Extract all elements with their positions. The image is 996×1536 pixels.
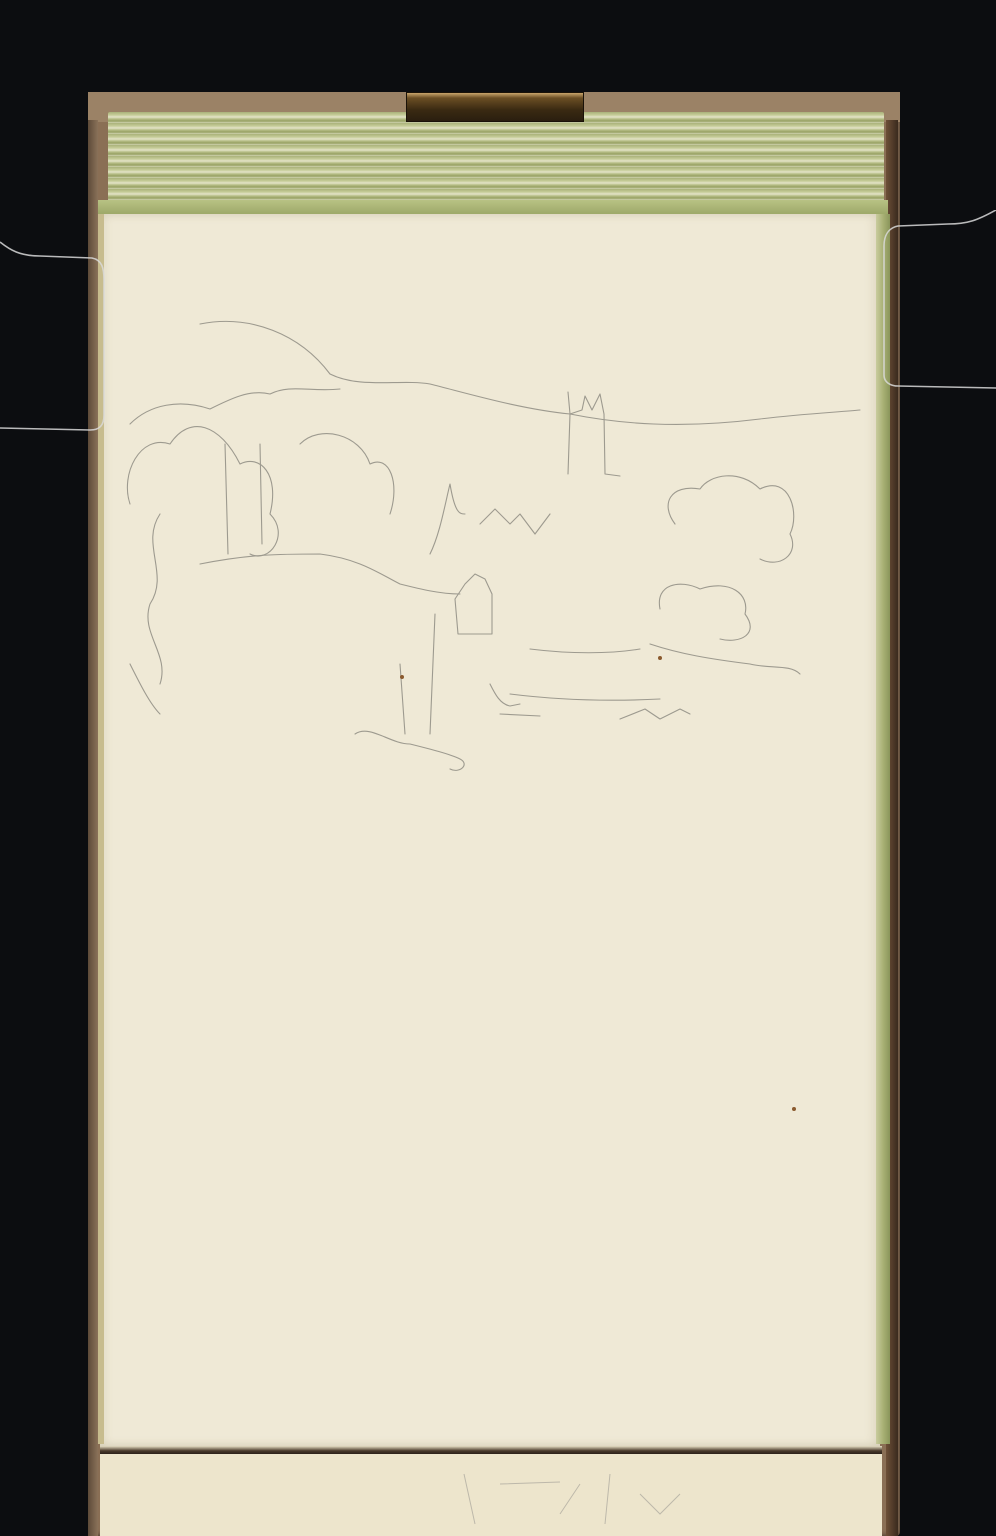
page-gutter	[100, 1446, 882, 1454]
right-wire-clip	[878, 210, 996, 400]
foxing-spot	[792, 1107, 796, 1111]
foxing-spot	[658, 656, 662, 660]
facing-page-sketch	[100, 1454, 882, 1536]
brass-clasp	[406, 92, 584, 122]
page-edges-stack	[108, 112, 884, 212]
foxing-spot	[400, 675, 404, 679]
pencil-landscape-sketch	[100, 214, 880, 834]
left-wire-clip	[0, 240, 112, 440]
